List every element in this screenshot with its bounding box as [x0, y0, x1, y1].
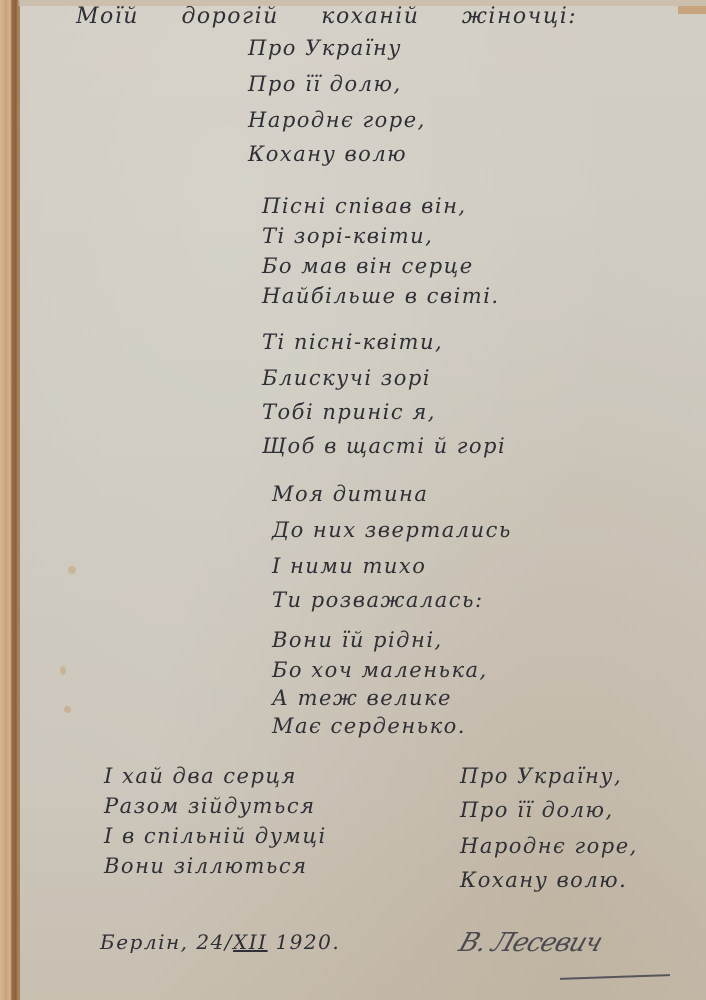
verse-line: І в спільній думці — [104, 826, 327, 847]
verse-line: Має серденько. — [272, 716, 466, 737]
verse-line: Бо мав він серце — [262, 256, 474, 277]
date-month: XII — [233, 930, 268, 954]
verse-line: Ті зорі-квіти, — [262, 226, 433, 247]
foxing-spot — [60, 666, 66, 675]
torn-corner — [678, 6, 706, 14]
verse-line: І хай два серця — [104, 766, 297, 787]
verse-line: Тобі приніс я, — [262, 402, 436, 423]
verse-line: Найбільше в світі. — [262, 286, 500, 307]
verse-line: Кохану волю — [248, 144, 407, 165]
verse-line: Пісні співав він, — [262, 196, 467, 217]
foxing-spot — [64, 706, 71, 713]
verse-line: Разом зійдуться — [104, 796, 316, 817]
verse-line: Народнє горе, — [248, 110, 426, 131]
verse-line: Про Україну, — [460, 766, 622, 787]
verse-line: Ті пісні-квіти, — [262, 332, 443, 353]
verse-line: Блискучі зорі — [262, 368, 431, 389]
verse-line: Про Україну — [248, 38, 402, 59]
verse-line: Про її долю, — [248, 74, 402, 95]
verse-line: А теж велике — [272, 688, 452, 709]
date-day: 24/ — [196, 930, 233, 954]
verse-line: Ти розважалась: — [272, 590, 484, 611]
place: Берлін, — [100, 930, 189, 954]
verse-line: І ними тихо — [272, 556, 426, 577]
place-and-date: Берлін, 24/XII 1920. — [100, 932, 340, 952]
verse-line: Бо хоч маленька, — [272, 660, 488, 681]
verse-line: До них звертались — [272, 520, 512, 541]
date-year: 1920. — [268, 930, 341, 954]
verse-line: Вони їй рідні, — [272, 630, 443, 651]
foxing-spot — [68, 566, 76, 574]
verse-line: Моя дитина — [272, 484, 428, 505]
verse-line: Кохану волю. — [460, 870, 627, 891]
dedication-line: Моїй дорогій коханій жіночці: — [76, 6, 577, 28]
verse-line: Вони зіллються — [104, 856, 308, 877]
verse-line: Щоб в щасті й горі — [262, 436, 506, 457]
verse-line: Народнє горе, — [460, 836, 638, 857]
signature: В. Лесевич — [456, 930, 605, 956]
verse-line: Про її долю, — [460, 800, 614, 821]
